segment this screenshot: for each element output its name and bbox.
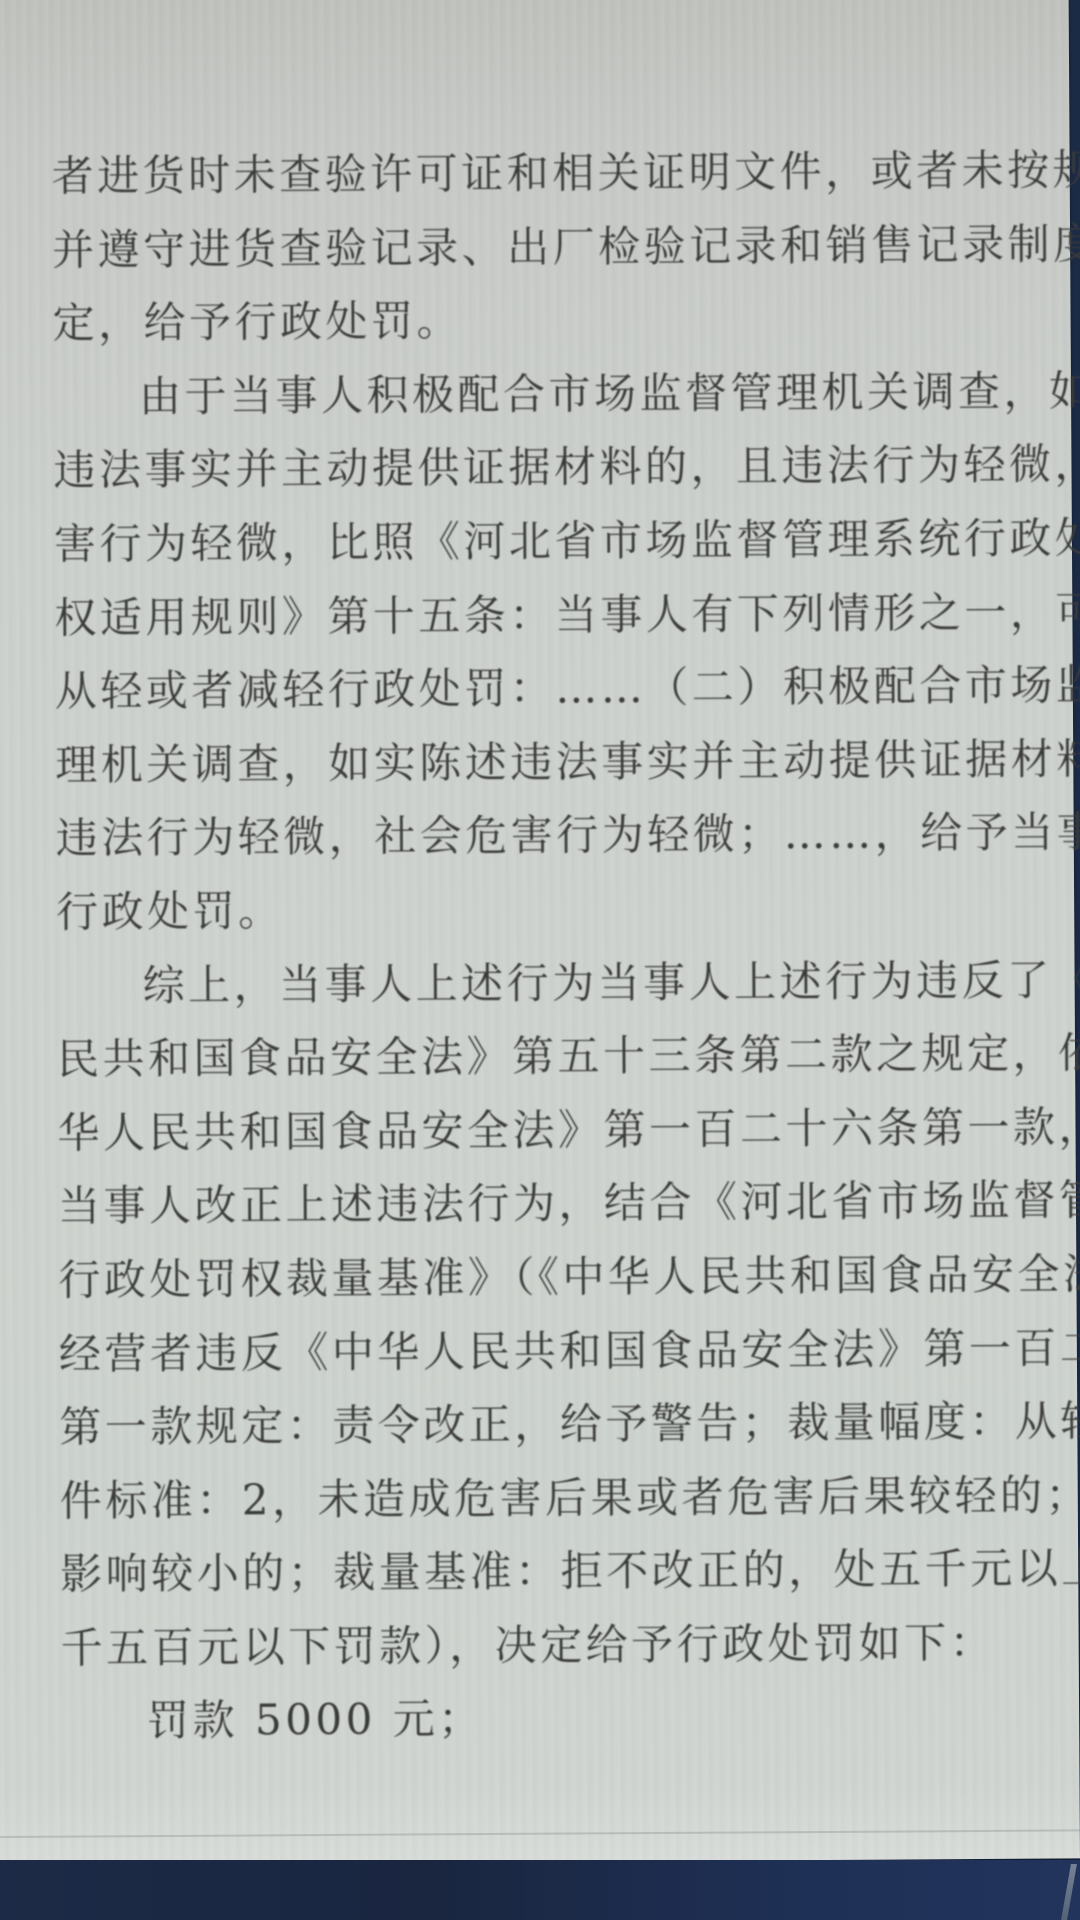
paragraph-penalty: 罚款 5000 元； bbox=[61, 1679, 981, 1758]
paragraph-mitigation: 由于当事人积极配合市场监督管理机关调查，如实陈述 违法事实并主动提供证据材料的，… bbox=[53, 355, 977, 949]
penalty-line: 罚款 5000 元； bbox=[61, 1679, 981, 1758]
text-line: 民共和国食品安全法》第五十三条第二款之规定，依据《中 bbox=[57, 1017, 977, 1096]
text-line: 综上，当事人上述行为当事人上述行为违反了《中华人 bbox=[56, 944, 976, 1023]
text-line: 理机关调查，如实陈述违法事实并主动提供证据材料的；（三） bbox=[55, 723, 975, 802]
paper-page: 者进货时未查验许可证和相关证明文件，或者未按规定建立 并遵守进货查验记录、出厂检… bbox=[0, 0, 1080, 1865]
document-body: 者进货时未查验许可证和相关证明文件，或者未按规定建立 并遵守进货查验记录、出厂检… bbox=[51, 134, 981, 1759]
text-line: 经营者违反《中华人民共和国食品安全法》第一百二十六条 bbox=[59, 1312, 979, 1391]
paragraph-conclusion: 综上，当事人上述行为当事人上述行为违反了《中华人 民共和国食品安全法》第五十三条… bbox=[56, 944, 980, 1686]
text-line: 害行为轻微，比照《河北省市场监督管理系统行政处罚裁量 bbox=[54, 502, 974, 581]
text-line: 第一款规定：责令改正，给予警告；裁量幅度：从轻；适用条 bbox=[59, 1385, 979, 1464]
text-line: 由于当事人积极配合市场监督管理机关调查，如实陈述 bbox=[53, 355, 973, 434]
text-line: 违法行为轻微，社会危害行为轻微；……，给予当事人从轻 bbox=[56, 796, 976, 875]
dark-background-surface bbox=[0, 1860, 1080, 1920]
text-line: 行政处罚权裁量基准》（《中华人民共和国食品安全法》8， bbox=[58, 1238, 978, 1317]
text-line: 违法事实并主动提供证据材料的，且违法行为轻微，社会危 bbox=[53, 428, 973, 507]
text-line: 当事人改正上述违法行为，结合《河北省市场监督管理系统 bbox=[58, 1164, 978, 1243]
text-line: 华人民共和国食品安全法》第一百二十六条第一款，现责令 bbox=[57, 1091, 977, 1170]
text-line: 定，给予行政处罚。 bbox=[52, 281, 972, 360]
text-line: 并遵守进货查验记录、出厂检验记录和销售记录制度”之规 bbox=[52, 208, 972, 287]
text-line: 件标准：2，未造成危害后果或者危害后果较轻的；3，社会 bbox=[60, 1459, 980, 1538]
page-corner-edge bbox=[1061, 1864, 1077, 1920]
document-photo: 者进货时未查验许可证和相关证明文件，或者未按规定建立 并遵守进货查验记录、出厂检… bbox=[0, 0, 1080, 1920]
text-line: 者进货时未查验许可证和相关证明文件，或者未按规定建立 bbox=[51, 134, 971, 213]
paragraph-legal-basis-continuation: 者进货时未查验许可证和相关证明文件，或者未按规定建立 并遵守进货查验记录、出厂检… bbox=[51, 134, 972, 360]
text-line: 影响较小的；裁量基准：拒不改正的，处五千元以上一万八 bbox=[60, 1532, 980, 1611]
text-line: 行政处罚。 bbox=[56, 870, 976, 949]
text-line: 千五百元以下罚款），决定给予行政处罚如下： bbox=[60, 1606, 980, 1685]
text-line: 权适用规则》第十五条：当事人有下列情形之一，可以依法 bbox=[54, 576, 974, 655]
text-line: 从轻或者减轻行政处罚：……（二）积极配合市场监督管 bbox=[55, 649, 975, 728]
